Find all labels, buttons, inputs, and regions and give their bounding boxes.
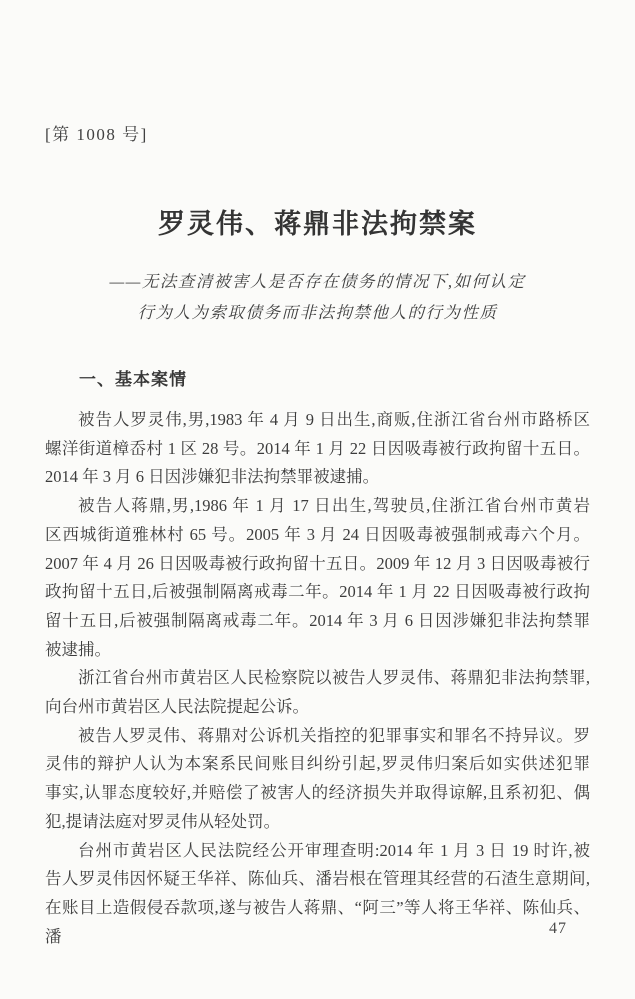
case-title: 罗灵伟、蒋鼎非法拘禁案 (45, 207, 590, 241)
body-line: 被告人蒋鼎,男,1986 年 1 月 17 日出生,驾驶员,住浙江省台州市黄岩 (45, 492, 590, 521)
body-line: 2007 年 4 月 26 日因吸毒被行政拘留十五日。2009 年 12 月 3… (45, 550, 590, 579)
body-line: 2014 年 3 月 6 日因涉嫌犯非法拘禁罪被逮捕。 (45, 463, 590, 492)
page-number: 47 (549, 919, 567, 939)
body-line: 区西城街道雅林村 65 号。2005 年 3 月 24 日因吸毒被强制戒毒六个月… (45, 521, 590, 550)
subtitle-line-2: 行为人为索取债务而非法拘禁他人的行为性质 (45, 297, 590, 328)
body-line: 事实,认罪态度较好,并赔偿了被害人的经济损失并取得谅解,且系初犯、偶 (45, 779, 590, 808)
book-page: [第 1008 号] 罗灵伟、蒋鼎非法拘禁案 ——无法查清被害人是否存在债务的情… (0, 0, 635, 999)
subtitle-line-1: ——无法查清被害人是否存在债务的情况下,如何认定 (45, 266, 590, 297)
body-line: 被告人罗灵伟、蒋鼎对公诉机关指控的犯罪事实和罪名不持异议。罗 (45, 722, 590, 751)
case-number: [第 1008 号] (45, 123, 590, 147)
body-line: 灵伟的辩护人认为本案系民间账目纠纷引起,罗灵伟归案后如实供述犯罪 (45, 750, 590, 779)
body-line: 被逮捕。 (45, 636, 590, 665)
body-line: 犯,提请法庭对罗灵伟从轻处罚。 (45, 808, 590, 837)
body-line: 在账目上造假侵吞款项,遂与被告人蒋鼎、“阿三”等人将王华祥、陈仙兵、潘 (45, 894, 590, 951)
section-heading: 一、基本案情 (45, 367, 590, 392)
body-line: 政拘留十五日,后被强制隔离戒毒二年。2014 年 1 月 22 日因吸毒被行政拘 (45, 578, 590, 607)
body-text: 被告人罗灵伟,男,1983 年 4 月 9 日出生,商贩,住浙江省台州市路桥区 … (45, 406, 590, 951)
body-line: 浙江省台州市黄岩区人民检察院以被告人罗灵伟、蒋鼎犯非法拘禁罪, (45, 664, 590, 693)
body-line: 螺洋街道樟岙村 1 区 28 号。2014 年 1 月 22 日因吸毒被行政拘留… (45, 435, 590, 464)
body-line: 被告人罗灵伟,男,1983 年 4 月 9 日出生,商贩,住浙江省台州市路桥区 (45, 406, 590, 435)
case-subtitle: ——无法查清被害人是否存在债务的情况下,如何认定 行为人为索取债务而非法拘禁他人… (45, 266, 590, 328)
body-line: 告人罗灵伟因怀疑王华祥、陈仙兵、潘岩根在管理其经营的石渣生意期间, (45, 865, 590, 894)
body-line: 台州市黄岩区人民法院经公开审理查明:2014 年 1 月 3 日 19 时许,被 (45, 837, 590, 866)
body-line: 向台州市黄岩区人民法院提起公诉。 (45, 693, 590, 722)
body-line: 留十五日,后被强制隔离戒毒二年。2014 年 3 月 6 日因涉嫌犯非法拘禁罪 (45, 607, 590, 636)
